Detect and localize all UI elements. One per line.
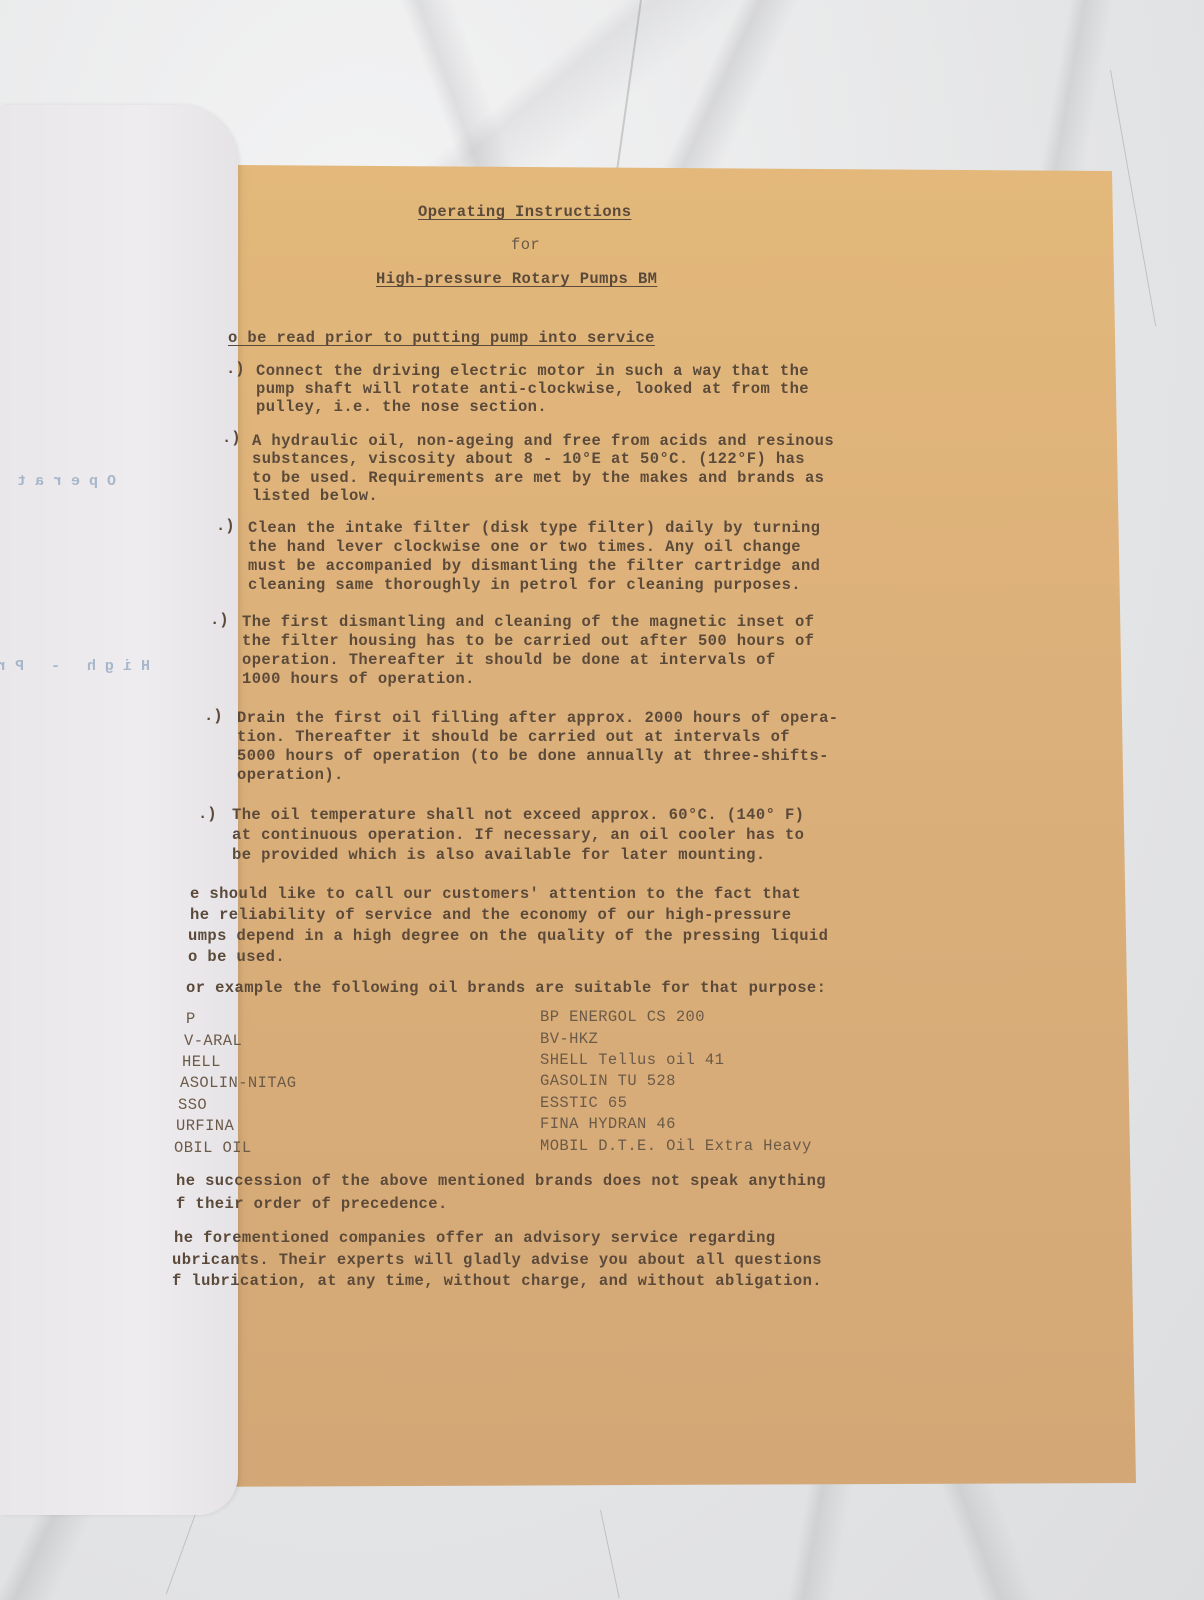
brand-company: P	[186, 1010, 196, 1029]
item-marker: .)	[210, 611, 229, 629]
bleed-through-text: High - Pre	[0, 658, 150, 675]
item-line: 1000 hours of operation.	[242, 670, 475, 689]
paragraph-line: f their order of precedence.	[176, 1195, 448, 1214]
item-line: 5000 hours of operation (to be done annu…	[237, 747, 829, 766]
brand-product: BV-HKZ	[540, 1030, 598, 1049]
brand-company: URFINA	[176, 1117, 234, 1136]
item-marker: .)	[226, 360, 245, 378]
item-line: The first dismantling and cleaning of th…	[242, 613, 814, 632]
item-line: the hand lever clockwise one or two time…	[248, 538, 801, 557]
item-line: The oil temperature shall not exceed app…	[232, 806, 804, 825]
item-marker: .)	[216, 517, 235, 535]
bleed-through-text: Operat	[8, 473, 116, 490]
document-title-for: for	[511, 236, 540, 255]
item-line: at continuous operation. If necessary, a…	[232, 826, 804, 845]
item-marker: .)	[222, 429, 241, 447]
document-title: Operating Instructions	[418, 203, 631, 222]
brand-company: SSO	[178, 1096, 207, 1115]
brand-product: BP ENERGOL CS 200	[540, 1008, 705, 1027]
item-line: cleaning same thoroughly in petrol for c…	[248, 576, 801, 595]
item-line: A hydraulic oil, non-ageing and free fro…	[252, 432, 834, 451]
brand-company: OBIL OIL	[174, 1139, 252, 1158]
item-line: Drain the first oil filling after approx…	[237, 709, 839, 728]
brand-product: ESSTIC 65	[540, 1094, 627, 1113]
paragraph-line: f lubrication, at any time, without char…	[172, 1272, 822, 1291]
brand-product: FINA HYDRAN 46	[540, 1115, 676, 1134]
item-marker: .)	[204, 707, 223, 725]
item-marker: .)	[198, 805, 217, 823]
section-heading: o be read prior to putting pump into ser…	[228, 329, 655, 348]
item-line: to be used. Requirements are met by the …	[252, 469, 824, 488]
brand-company: HELL	[182, 1053, 221, 1072]
item-line: Clean the intake filter (disk type filte…	[248, 519, 820, 538]
paragraph-line: o be used.	[188, 948, 285, 967]
item-line: must be accompanied by dismantling the f…	[248, 557, 820, 576]
item-line: be provided which is also available for …	[232, 846, 766, 865]
item-line: operation. Thereafter it should be done …	[242, 651, 776, 670]
brands-intro: or example the following oil brands are …	[186, 979, 826, 998]
document-subtitle: High-pressure Rotary Pumps BM	[376, 270, 657, 289]
paragraph-line: he succession of the above mentioned bra…	[176, 1172, 826, 1191]
item-line: pulley, i.e. the nose section.	[256, 398, 547, 417]
item-line: pump shaft will rotate anti-clockwise, l…	[256, 380, 809, 399]
item-line: the filter housing has to be carried out…	[242, 632, 814, 651]
item-line: listed below.	[252, 487, 378, 506]
brand-product: SHELL Tellus oil 41	[540, 1051, 724, 1070]
item-line: Connect the driving electric motor in su…	[256, 362, 809, 381]
paragraph-line: he forementioned companies offer an advi…	[174, 1229, 776, 1248]
item-line: tion. Thereafter it should be carried ou…	[237, 728, 790, 747]
paragraph-line: umps depend in a high degree on the qual…	[188, 927, 828, 946]
brand-product: MOBIL D.T.E. Oil Extra Heavy	[540, 1137, 812, 1156]
item-line: substances, viscosity about 8 - 10°E at …	[252, 450, 805, 469]
paragraph-line: he reliability of service and the econom…	[190, 906, 792, 925]
brand-company: V-ARAL	[184, 1032, 242, 1051]
paragraph-line: e should like to call our customers' att…	[190, 885, 801, 904]
item-line: operation).	[237, 766, 344, 785]
brand-product: GASOLIN TU 528	[540, 1072, 676, 1091]
brand-company: ASOLIN-NITAG	[180, 1074, 296, 1093]
paragraph-line: ubricants. Their experts will gladly adv…	[172, 1251, 822, 1270]
